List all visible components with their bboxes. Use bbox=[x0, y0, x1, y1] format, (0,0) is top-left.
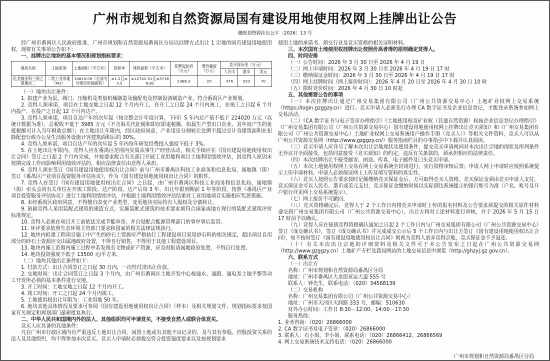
table-cell: 70 bbox=[255, 75, 272, 87]
table-cell: ≥1.2且≤3.5 bbox=[109, 75, 130, 87]
table-header-cell: 地块名称 bbox=[11, 61, 45, 75]
paragraph: 6. 竞得人须在签订《国有建设用地使用权出让合同》前与广州市番禺区科技工业商务和… bbox=[11, 167, 272, 180]
paragraph: （二）《CA 数字证书与电子签章办理指引》《土地使用权及矿业权（其他自然资源）权… bbox=[278, 118, 539, 144]
table-cell: 10619.09（全部为可建设用地面积） bbox=[72, 75, 108, 87]
table-row: 化龙镇金科三围之围地块二 二类工业用地（M2） 10619.09（全部为可建设用… bbox=[11, 75, 272, 87]
paragraph: （五）本次土地使用权网上交易在网上交易系统全封闭进行，实行资格审核后置；申请人网… bbox=[278, 164, 539, 177]
table-header-cell: 土地面积（平方米） bbox=[72, 61, 108, 75]
doc-number: 穗规划资源挂出公字〔2026〕13 号 bbox=[11, 29, 539, 36]
table-cell: 520 bbox=[238, 75, 255, 87]
table-cell: 476 bbox=[221, 75, 238, 87]
paragraph: 3. 竞得人须承诺，项目自达产年的次年起（按完整会计年度计算，下同）5 年内总产… bbox=[11, 115, 272, 141]
two-column-layout: 经广州市番禺区人民政府批准，广州市规划和自然资源局番禺区分局以挂牌方式出让 1 … bbox=[11, 40, 539, 361]
paragraph: （十）有关本次出让宗地的详细资料及相关文件可于本公告发布之日起在广州公共资源交易… bbox=[278, 242, 539, 255]
paragraph: 2. 交地时间：出让合同签订之日起 3 个月内，由广州市番禺区土地开发中心按通水… bbox=[11, 271, 272, 284]
paragraph: 经广州市番禺区人民政府批准，广州市规划和自然资源局番禺区分局以挂牌方式出让 1 … bbox=[11, 40, 272, 53]
table-cell: 化龙镇金科三围之围地块二 bbox=[11, 75, 45, 87]
paragraph: 7. 竞得人在签订《国有建设用地使用权出让合同》之日起，由广州市番禺区科技工业商… bbox=[11, 180, 272, 200]
left-column-text: （一）地块出让条件：1. 拟建产业为泵、阀门、压缩机及类似机械制造及输配电及控制… bbox=[11, 89, 272, 343]
parcel-table: 地块名称 土地用途 土地面积（平方米） 容积率 建筑面积（平方米） 挂牌起始价（… bbox=[11, 61, 272, 87]
table-header-cell: 增价幅度（万元） bbox=[197, 61, 220, 75]
table-header-cell: 美元 bbox=[255, 68, 272, 75]
table-header-cell: 挂牌起始价（万元） bbox=[170, 61, 197, 75]
paragraph: 5. 在土地出让年限内，竞得人应在番禺区范围内实质从事生产经营活动，相关手续应在… bbox=[11, 148, 272, 168]
paragraph: 凡在广州市行政区域内有严重违反土地出让合同、闲置土地或有其他不良记录的，及与其有… bbox=[11, 330, 272, 343]
table-header-cell: 人民币 bbox=[221, 68, 238, 75]
page-title: 广州市规划和自然资源局国有建设用地使用权网上挂牌出让公告 bbox=[11, 9, 539, 27]
right-column: 使用土地的承诺书、须交行业及竞买资格的相关证明材料。三、本次国有土地使用权挂牌出… bbox=[278, 40, 539, 361]
paragraph: （一）本次挂牌出让通过广州交易集团有限公司（广州公共资源交易中心）土地矿业权网上… bbox=[278, 99, 539, 119]
paragraph: 6. 地块其他具体情况及要求可参阅《国有建设用地使用权出让合同》（样本）及相关规… bbox=[11, 304, 272, 317]
paragraph: （六）竞买人按照公告要求按时足额缴纳竞买保证金后，方可取得竞买人资格。竞买保证金… bbox=[278, 177, 539, 197]
table-cell: 25 bbox=[197, 75, 220, 87]
left-column-intro: 经广州市番禺区人民政府批准，广州市规划和自然资源局番禺区分局以挂牌方式出让 1 … bbox=[11, 40, 272, 60]
document-body: 穗规划资源挂出公字〔2026〕13 号 经广州市番禺区人民政府批准，广州市规划和… bbox=[11, 29, 539, 361]
paragraph: 一、挂牌出让地块的基本情况和规划指标要求： bbox=[11, 53, 272, 60]
right-column-text: 使用土地的承诺书、须交行业及竞买资格的相关证明材料。三、本次国有土地使用权挂牌出… bbox=[278, 40, 539, 346]
table-header-cell: 土地用途 bbox=[45, 61, 72, 75]
paragraph: （三）竞买申请人应详尽了解本次出让宗地现状及使用条件，提交竞买申请视同对本次出让… bbox=[278, 144, 539, 157]
table-cell: 二类工业用地（M2） bbox=[45, 75, 72, 87]
table-cell: ≥12742.91且≤37166.82 bbox=[130, 75, 170, 87]
table-header-cell-deposit-group: 竞买保证金（万元） bbox=[221, 61, 272, 68]
paragraph: （九）竞得人应在接到竞得资格确认通知之日起 2 个工作日内与广州交易集团有限公司… bbox=[278, 222, 539, 242]
table-header-cell: 容积率 bbox=[109, 61, 130, 75]
paragraph: 4. 网上交易系统技术支持电话：（020）26866000 bbox=[278, 339, 539, 346]
paragraph: 9. 鼓励竞得人采用装配式建筑的建造方式，实施装配式建筑的技术要求须符合国家或地… bbox=[11, 206, 272, 219]
paragraph: （八）竞买资格确定后，竞得人于 2 个工作日内将竞买申请时上传的报名材料及公告要… bbox=[278, 203, 539, 223]
table-header-cell: 港币 bbox=[238, 68, 255, 75]
signature-org: 广州市规划和自然资源局番禺区分局 bbox=[278, 354, 534, 361]
announcement-page: 广州市规划和自然资源局国有建设用地使用权网上挂牌出让公告 穗规划资源挂出公字〔2… bbox=[0, 0, 550, 361]
paragraph: 2. 竞得人须承诺，项目在土地交地之日起 12 个月内开工，在开工之日起 24 … bbox=[11, 102, 272, 115]
left-column: 经广州市番禺区人民政府批准，广州市规划和自然资源局番禺区分局以挂牌方式出让 1 … bbox=[11, 40, 272, 361]
signature-block: 广州市规划和自然资源局番禺区分局 2026 年 3 月 30 日 bbox=[278, 354, 539, 361]
paragraph: 12. 地块内拟建工程项目施工中产生的砂石土资源应严格执行工程建设项目采用砂石料… bbox=[11, 232, 272, 245]
table-header-cell: 建筑面积（平方米） bbox=[130, 61, 170, 75]
table-cell: 2386.3 bbox=[170, 75, 197, 87]
